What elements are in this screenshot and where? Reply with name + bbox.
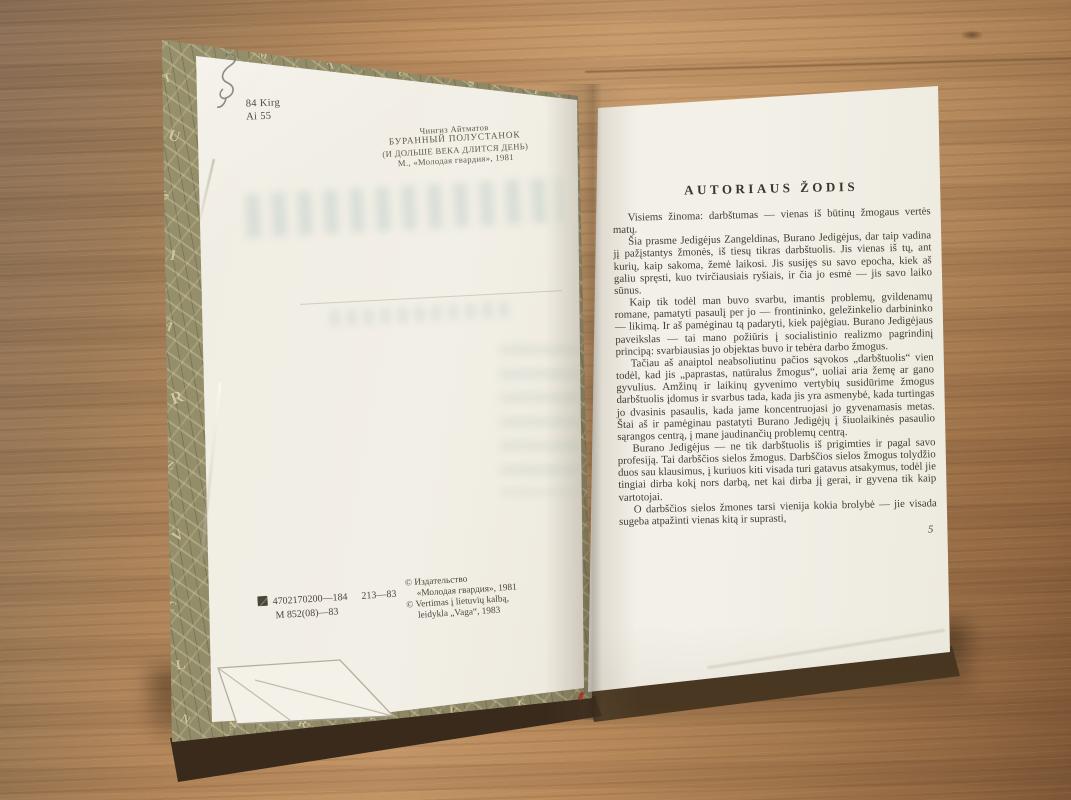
publisher-logo-box xyxy=(257,596,268,607)
cover-pattern-letter: R xyxy=(168,387,186,410)
cover-pattern-letter: V xyxy=(169,526,188,546)
copyright-block: © Издательство «Молодая гвардия», 1981 ©… xyxy=(405,572,519,623)
cover-pattern-letter: U xyxy=(165,127,182,148)
call-number-line2: Ai 55 xyxy=(246,110,281,124)
library-call-number: 84 Kirg Ai 55 xyxy=(246,97,281,123)
body-paragraph: Kaip tik todėl man buvo svarbu, imantis … xyxy=(614,290,933,357)
body-paragraph: Tačiau aš anaiptol neabsoliutinu pačios … xyxy=(616,351,936,443)
wood-knot xyxy=(955,28,989,42)
body-paragraph: Burano Jedigėjus — ne tik darbštuolis iš… xyxy=(617,436,936,503)
cover-pattern-letter: N xyxy=(178,711,193,728)
foreword-text-column: AUTORIAUS ŽODIS Visiems žinoma: darbštum… xyxy=(612,177,937,542)
cover-pattern-letter: I xyxy=(169,248,178,266)
catalog-code: 213—83 xyxy=(361,589,397,602)
call-number-line1: 84 Kirg xyxy=(246,97,281,111)
photo-open-book-on-table: TUSIARZVCLNMTUSIARZVC 84 Kirg Ai 55 Чинг… xyxy=(0,0,1071,800)
cover-pattern-letter: T xyxy=(161,69,174,87)
cover-pattern-letter: L xyxy=(175,657,187,674)
body-paragraph: Šia prasme Jedigėjus Zangeldinas, Burano… xyxy=(613,230,932,297)
